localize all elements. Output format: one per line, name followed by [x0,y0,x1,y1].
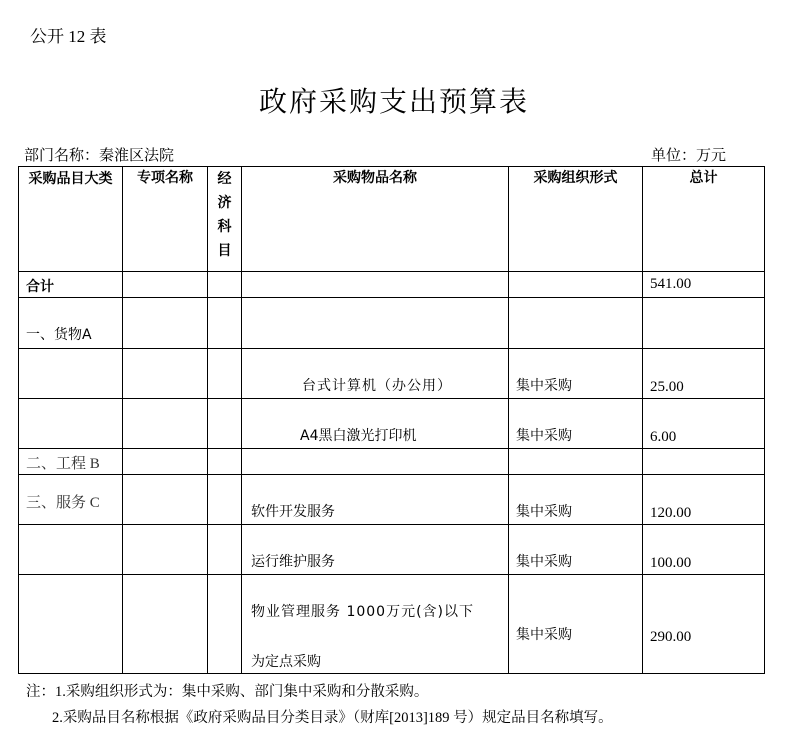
cell-total: 100.00 [643,525,765,575]
cell-econ [208,575,242,674]
cell-item: 物业管理服务 1000万元(含)以下 为定点采购 [242,575,509,674]
table-row: 合计 541.00 [19,272,765,298]
table-row: A4黑白激光打印机 集中采购 6.00 [19,399,765,449]
cell-method: 集中采购 [509,349,643,399]
cell-total: 290.00 [643,575,765,674]
cell-item: 运行维护服务 [242,525,509,575]
cell-category [19,525,123,575]
cell-project [123,475,208,525]
cell-item: 软件开发服务 [242,475,509,525]
cell-category: 二、工程 B [19,449,123,475]
cell-item [242,272,509,298]
cell-method: 集中采购 [509,399,643,449]
note-2: 2.采购品目名称根据《政府采购品目分类目录》（财库[2013]189 号）规定品… [52,706,613,727]
cell-econ [208,525,242,575]
cell-item [242,449,509,475]
cell-econ [208,349,242,399]
page-title: 政府采购支出预算表 [0,80,788,120]
note-1: 注：1.采购组织形式为：集中采购、部门集中采购和分散采购。 [26,680,428,701]
header-category: 采购品目大类 [19,167,123,272]
table-row: 台式计算机（办公用） 集中采购 25.00 [19,349,765,399]
cell-total: 541.00 [643,272,765,298]
cell-project [123,575,208,674]
header-project: 专项名称 [123,167,208,272]
cell-method: 集中采购 [509,575,643,674]
cell-item: A4黑白激光打印机 [242,399,509,449]
cell-category: 三、服务 C [19,475,123,525]
table-row: 一、货物A [19,298,765,349]
table-row: 物业管理服务 1000万元(含)以下 为定点采购 集中采购 290.00 [19,575,765,674]
cell-method [509,449,643,475]
cell-category: 一、货物A [19,298,123,349]
cell-total: 120.00 [643,475,765,525]
cell-category [19,399,123,449]
cell-project [123,349,208,399]
cell-category [19,575,123,674]
cell-econ [208,298,242,349]
form-number: 公开 12 表 [30,22,107,47]
cell-econ [208,449,242,475]
cell-project [123,399,208,449]
cell-project [123,298,208,349]
budget-table: 采购品目大类 专项名称 经济科目 采购物品名称 采购组织形式 总计 合计 541… [18,166,765,674]
cell-total [643,449,765,475]
cell-total: 25.00 [643,349,765,399]
cell-item: 台式计算机（办公用） [242,349,509,399]
unit-label: 单位：万元 [651,144,726,165]
cell-econ [208,475,242,525]
cell-method: 集中采购 [509,525,643,575]
cell-total [643,298,765,349]
header-method: 采购组织形式 [509,167,643,272]
cell-method [509,298,643,349]
department-name: 部门名称：秦淮区法院 [24,144,174,165]
table-row: 二、工程 B [19,449,765,475]
cell-item [242,298,509,349]
header-total: 总计 [643,167,765,272]
header-row: 采购品目大类 专项名称 经济科目 采购物品名称 采购组织形式 总计 [19,167,765,272]
cell-category [19,349,123,399]
cell-method [509,272,643,298]
header-item: 采购物品名称 [242,167,509,272]
table-row: 三、服务 C 软件开发服务 集中采购 120.00 [19,475,765,525]
cell-project [123,272,208,298]
table-row: 运行维护服务 集中采购 100.00 [19,525,765,575]
cell-method: 集中采购 [509,475,643,525]
cell-category: 合计 [19,272,123,298]
cell-econ [208,399,242,449]
cell-project [123,449,208,475]
cell-total: 6.00 [643,399,765,449]
cell-econ [208,272,242,298]
header-econ: 经济科目 [208,167,242,272]
cell-project [123,525,208,575]
